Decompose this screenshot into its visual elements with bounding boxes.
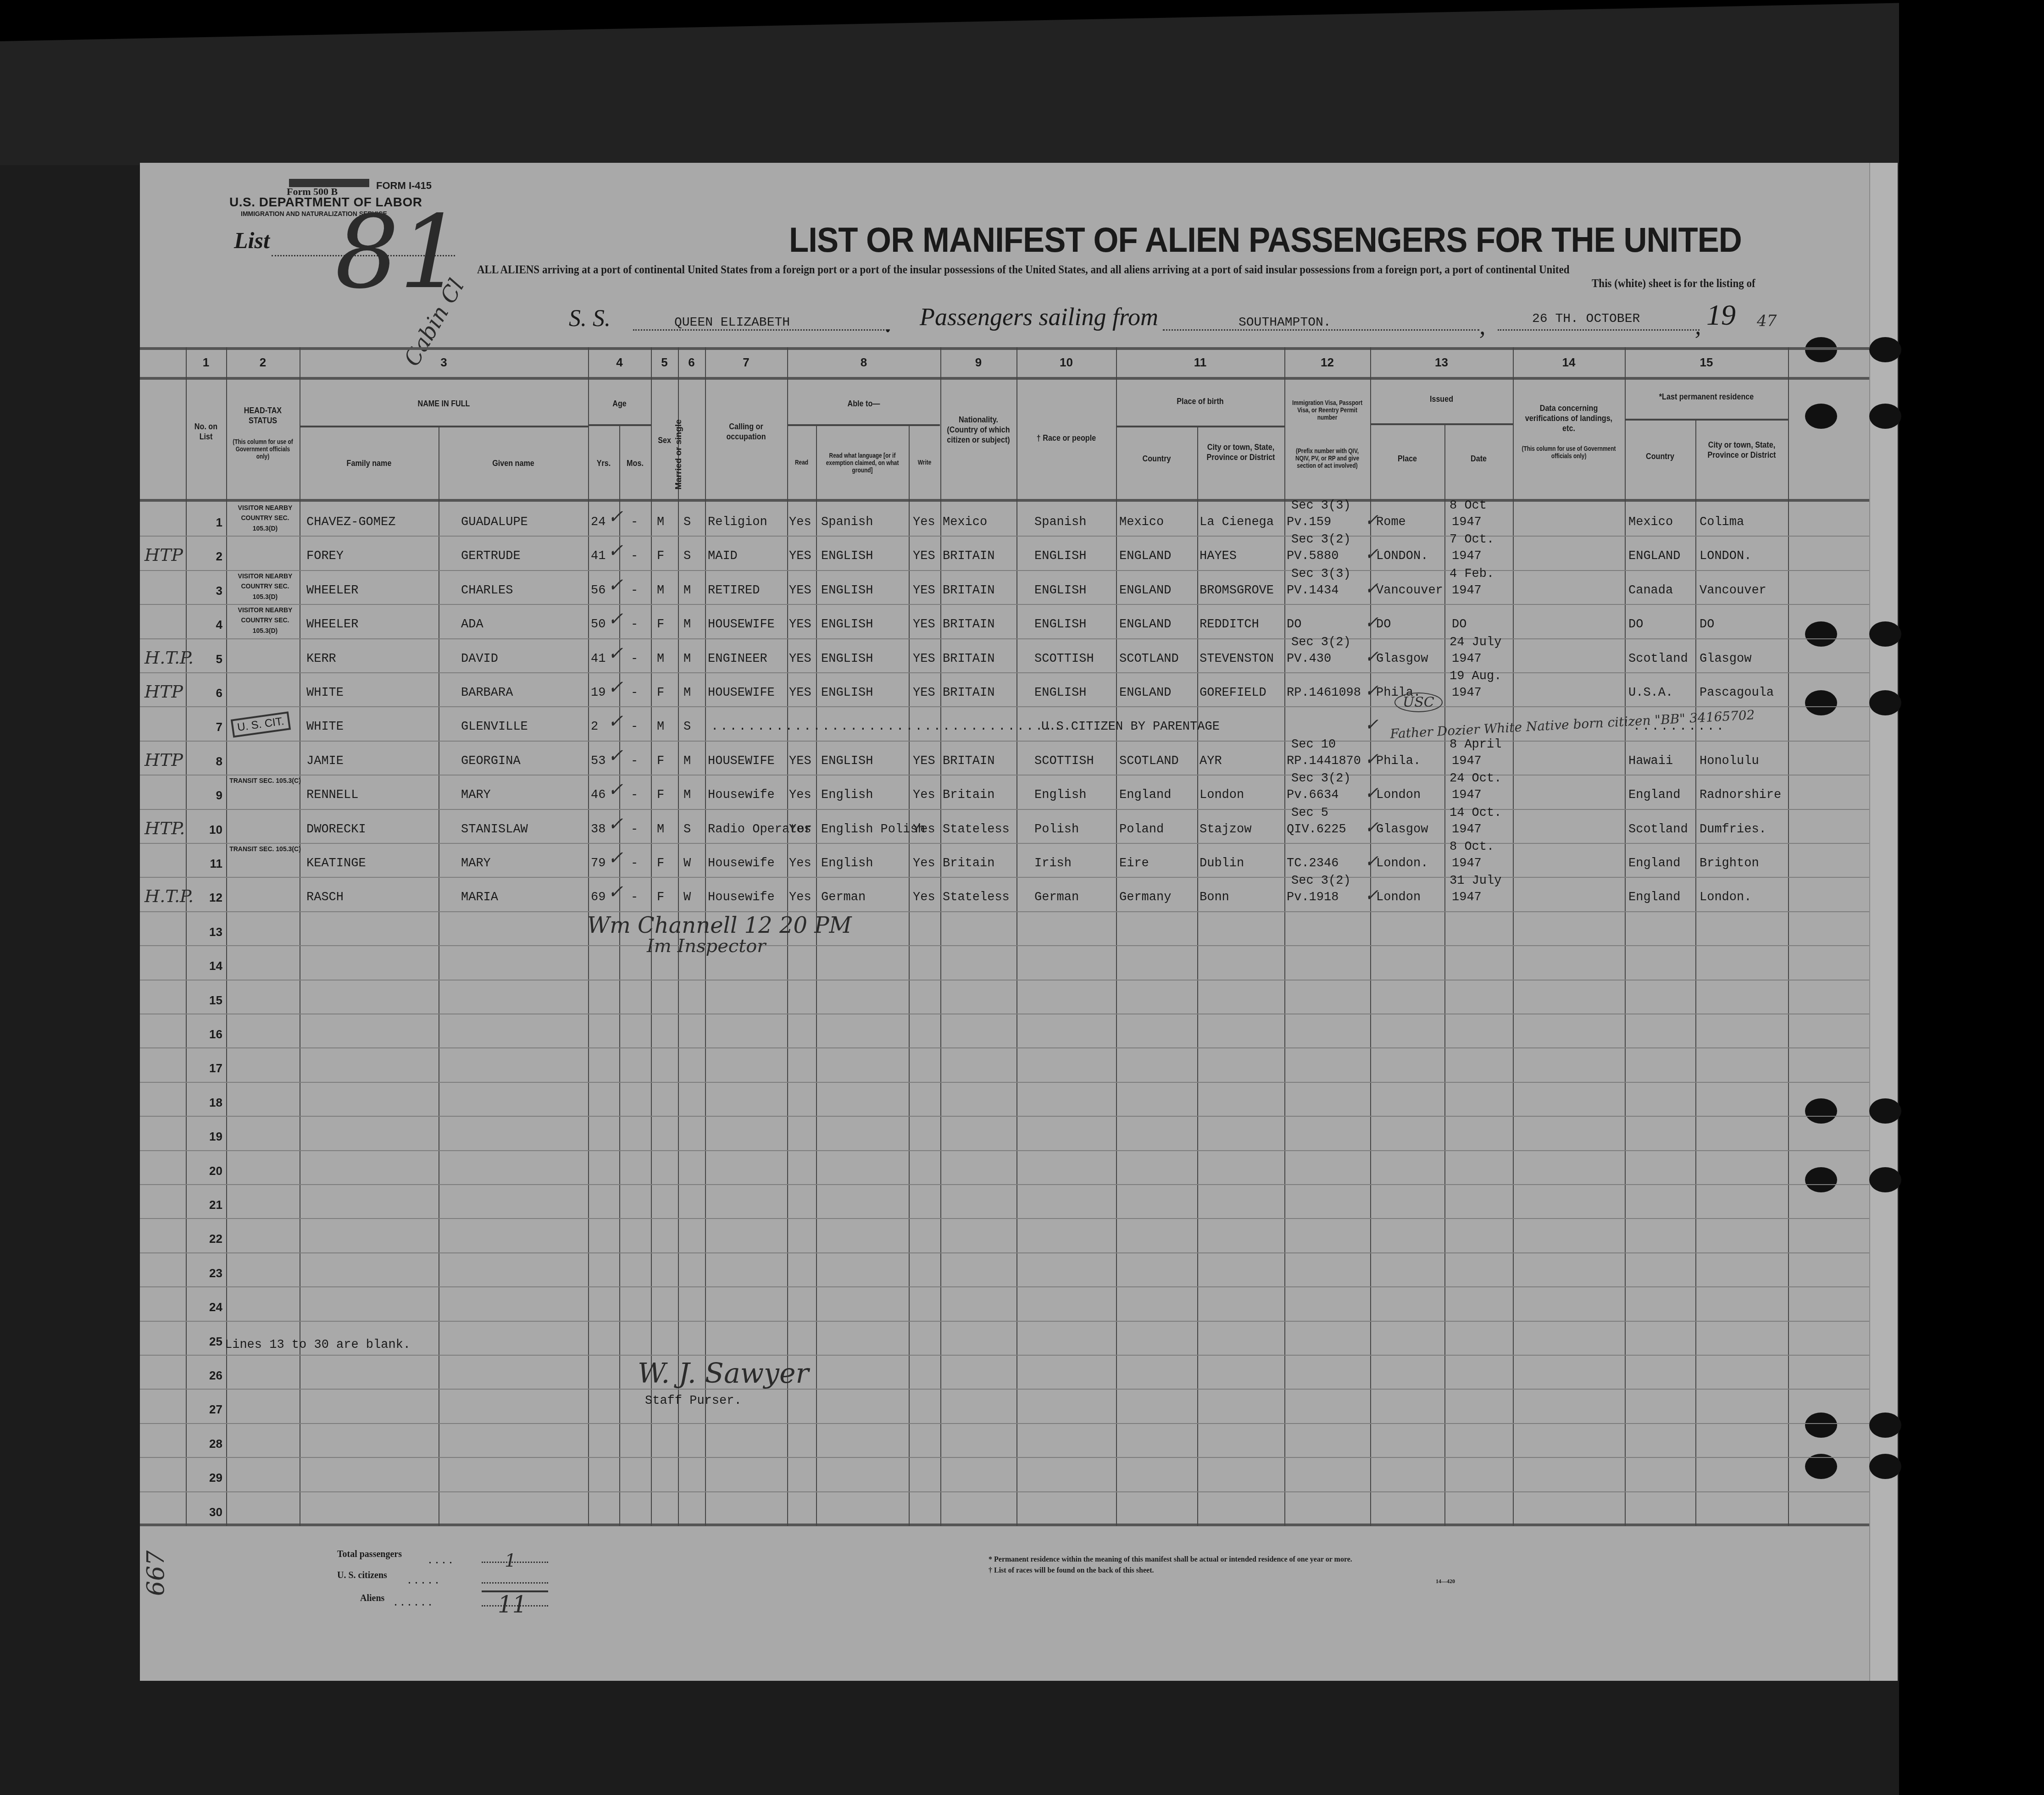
header-yrs: Yrs. (590, 459, 617, 469)
row-line (140, 1286, 1869, 1287)
usc-annotation: USC (1394, 693, 1443, 712)
row-line (140, 775, 1869, 776)
can-write: Yes (913, 823, 935, 837)
head-tax-stamp: VISITOR NEARBY COUNTRY SEC. 105.3(D) (228, 503, 302, 533)
comma: . (885, 310, 892, 338)
given-name: MARY (461, 857, 491, 870)
read-language: English (821, 857, 873, 870)
birth-city: Stajzow (1200, 823, 1251, 837)
table-header-rule (140, 499, 1869, 502)
residence-city: Honolulu (1700, 754, 1759, 768)
row-line (140, 604, 1869, 605)
family-name: RENNELL (306, 788, 358, 802)
inspector-title: Im Inspector (647, 936, 766, 957)
nationality: BRITAIN (943, 618, 994, 632)
birth-city: AYR (1200, 754, 1222, 768)
race: German (1034, 891, 1079, 904)
age-years: 19 (591, 686, 605, 700)
row-line (140, 706, 1869, 707)
visa-section: Sec 3(2) (1291, 874, 1351, 888)
age-months: - (631, 686, 638, 700)
sailing-port: SOUTHAMPTON. (1239, 316, 1331, 330)
nationality: Stateless (943, 891, 1010, 904)
date-line (1498, 329, 1700, 331)
margin-htp-note: H.T.P. (144, 648, 194, 668)
check-mark: ✓ (608, 643, 623, 664)
age-months: - (631, 891, 638, 904)
birth-city: BROMSGROVE (1200, 584, 1274, 598)
visa-section: Sec 5 (1291, 806, 1328, 820)
issued-place: Glasgow (1376, 823, 1428, 837)
header-married: Married or single (674, 416, 684, 493)
birth-country: SCOTLAND (1119, 754, 1179, 768)
row-line (140, 570, 1869, 571)
binding-hole (1869, 690, 1901, 715)
age-months: - (631, 618, 638, 632)
can-read: Yes (789, 823, 811, 837)
issued-day: 14 Oct. (1450, 806, 1501, 820)
row-number: 7 (186, 720, 222, 734)
birth-city: La Cienega (1200, 515, 1274, 529)
col-line (940, 347, 941, 1526)
family-name: WHEELER (306, 618, 358, 632)
row-number: 11 (186, 857, 222, 871)
residence-city: Vancouver (1700, 584, 1766, 598)
occupation: HOUSEWIFE (708, 618, 775, 632)
check-mark: ✓ (608, 745, 623, 766)
check-mark: ✓ (608, 711, 623, 732)
marital-status: M (683, 584, 691, 598)
visa-number: RP.1441870 (1287, 754, 1361, 768)
given-name: GLENVILLE (461, 720, 528, 734)
check-mark: ✓ (608, 881, 623, 903)
race: ENGLISH (1034, 618, 1086, 632)
check-mark: ✓ (608, 848, 623, 869)
visa-number: QIV.6225 (1287, 823, 1346, 837)
visa-section: Sec 3(2) (1291, 533, 1351, 547)
marital-status: M (683, 652, 691, 666)
header-race: † Race or people (1024, 433, 1108, 443)
nationality: BRITAIN (943, 754, 994, 768)
visa-number: DO (1287, 618, 1301, 632)
binding-hole (1805, 621, 1837, 647)
birth-country: Poland (1119, 823, 1164, 837)
colnum-15: 15 (1625, 355, 1788, 370)
header-verification-note: (This column for use of Government offic… (1521, 445, 1616, 460)
race: ENGLISH (1034, 686, 1086, 700)
age-months: - (631, 652, 638, 666)
binding-hole (1869, 404, 1901, 429)
purser-signature: W. J. Sawyer (638, 1357, 809, 1390)
ship-name: QUEEN ELIZABETH (674, 316, 790, 330)
visa-number: Pv.6634 (1287, 788, 1339, 802)
visa-number: RP.1461098 (1287, 686, 1361, 700)
residence-country: England (1628, 857, 1680, 870)
row-line (140, 1150, 1869, 1151)
check-mark: ✓ (608, 506, 623, 527)
issued-year: 1947 (1452, 515, 1482, 529)
birth-city: GOREFIELD (1200, 686, 1266, 700)
read-language: ENGLISH (821, 686, 873, 700)
row-line (140, 1491, 1869, 1492)
given-name: CHARLES (461, 584, 513, 598)
read-language: ENGLISH (821, 754, 873, 768)
check-mark: ✓ (1365, 648, 1378, 666)
issued-year: 1947 (1452, 549, 1482, 563)
row-line (140, 1423, 1869, 1424)
colnum-1: 1 (186, 355, 226, 370)
given-name: GERTRUDE (461, 549, 521, 563)
given-name: STANISLAW (461, 823, 528, 837)
read-language: German (821, 891, 866, 904)
race: SCOTTISH (1034, 652, 1094, 666)
age-months: - (631, 857, 638, 870)
residence-country: Scotland (1628, 823, 1688, 837)
margin-htp-note: HTP (144, 545, 183, 565)
colnum-14: 14 (1513, 355, 1625, 370)
read-language: English (821, 788, 873, 802)
visa-section: Sec 3(2) (1291, 636, 1351, 649)
col-line (1513, 347, 1514, 1526)
nationality: BRITAIN (943, 549, 994, 563)
check-mark: ✓ (1365, 511, 1378, 530)
age-years: 41 (591, 652, 605, 666)
col-line (1197, 426, 1198, 1526)
row-number: 20 (186, 1164, 222, 1178)
read-language: Spanish (821, 515, 873, 529)
check-mark: ✓ (608, 575, 623, 596)
check-mark: ✓ (1365, 750, 1378, 769)
form-code: 14—420 (1436, 1578, 1455, 1585)
issued-place: London (1376, 891, 1421, 904)
visa-number: Pv.159 (1287, 515, 1331, 529)
issued-day: 8 April (1450, 738, 1501, 752)
marital-status: S (683, 549, 691, 563)
row-number: 15 (186, 993, 222, 1008)
row-number: 2 (186, 549, 222, 564)
given-name: MARIA (461, 891, 498, 904)
family-name: WHITE (306, 720, 344, 734)
margin-htp-note: HTP (144, 681, 183, 702)
issued-year: 1947 (1452, 891, 1482, 904)
header-issued: Issued (1381, 394, 1502, 404)
nationality: Mexico (943, 515, 987, 529)
birth-city: STEVENSTON (1200, 652, 1274, 666)
birth-country: ENGLAND (1119, 686, 1171, 700)
visa-section: Sec 10 (1291, 738, 1336, 752)
row-line (140, 843, 1869, 844)
check-mark: ✓ (1365, 681, 1378, 700)
scan-right-border (1899, 0, 2044, 1795)
residence-country: Mexico (1628, 515, 1673, 529)
occupation: ENGINEER (708, 652, 767, 666)
name-subrule (300, 426, 589, 427)
occupation: HOUSEWIFE (708, 754, 775, 768)
dotted-leader: ...................................... (711, 720, 1063, 734)
row-line (140, 1457, 1869, 1458)
residence-country: Scotland (1628, 652, 1688, 666)
sex: F (657, 618, 664, 632)
colnum-8: 8 (787, 355, 940, 370)
can-write: Yes (913, 857, 935, 870)
can-read: YES (789, 754, 811, 768)
age-years: 24 (591, 515, 605, 529)
check-mark: ✓ (1365, 613, 1378, 632)
header-name-in-full: NAME IN FULL (321, 399, 567, 409)
marital-status: S (683, 720, 691, 734)
birth-country: England (1119, 788, 1171, 802)
issued-place: London. (1376, 857, 1428, 870)
race: Spanish (1034, 515, 1086, 529)
can-write: Yes (913, 891, 935, 904)
header-birth-country: Country (1122, 454, 1191, 464)
row-number: 21 (186, 1198, 222, 1212)
age-months: - (631, 515, 638, 529)
issued-day: 19 Aug. (1450, 670, 1501, 683)
colnum-11: 11 (1116, 355, 1284, 370)
header-given-name: Given name (450, 459, 577, 469)
binding-hole (1805, 1167, 1837, 1192)
col-line (1444, 423, 1445, 1526)
age-months: - (631, 754, 638, 768)
sex: F (657, 754, 664, 768)
issued-day: 8 Oct (1450, 499, 1487, 513)
header-occupation: Calling or occupation (711, 422, 781, 442)
subtitle-line-1: ALL ALIENS arriving at a port of contine… (477, 264, 1569, 277)
family-name: RASCH (306, 891, 344, 904)
birth-country: ENGLAND (1119, 549, 1171, 563)
sex: F (657, 686, 664, 700)
age-years: 79 (591, 857, 605, 870)
read-language: ENGLISH (821, 549, 873, 563)
occupation: HOUSEWIFE (708, 686, 775, 700)
can-read: Yes (789, 788, 811, 802)
birth-country: Mexico (1119, 515, 1164, 529)
binding-hole (1805, 404, 1837, 429)
can-read: YES (789, 584, 811, 598)
row-line (140, 1184, 1869, 1185)
col-line (1116, 347, 1117, 1526)
leader-dots: .... (429, 1556, 456, 1566)
sex: F (657, 549, 664, 563)
birth-country: SCOTLAND (1119, 652, 1179, 666)
header-birth-city: City or town, State, Province or Distric… (1204, 443, 1278, 463)
residence-country: Hawaii (1628, 754, 1673, 768)
us-citizen-by-parentage: U.S.CITIZEN BY PARENTAGE (1041, 720, 1220, 734)
can-write: YES (913, 754, 935, 768)
issued-day: 7 Oct. (1450, 533, 1494, 547)
row-number: 16 (186, 1027, 222, 1042)
issued-place: Phila. (1376, 754, 1421, 768)
family-name: WHITE (306, 686, 344, 700)
issued-year: 1947 (1452, 584, 1482, 598)
residence-country: U.S.A. (1628, 686, 1673, 700)
row-line (140, 1116, 1869, 1117)
residence-country: DO (1628, 618, 1643, 632)
age-months: - (631, 720, 638, 734)
birth-city: Bonn (1200, 891, 1229, 904)
residence-country: England (1628, 788, 1680, 802)
family-name: DWORECKI (306, 823, 366, 837)
colnum-2: 2 (226, 355, 300, 370)
issued-year: 1947 (1452, 754, 1482, 768)
check-mark: ✓ (608, 779, 623, 800)
header-write: Write (911, 459, 938, 466)
check-mark: ✓ (1365, 545, 1378, 564)
visa-section: Sec 3(3) (1291, 499, 1351, 513)
row-line (140, 877, 1869, 878)
nationality: BRITAIN (943, 652, 994, 666)
check-mark: ✓ (608, 814, 623, 835)
check-mark: ✓ (608, 540, 623, 561)
visa-section: Sec 3(2) (1291, 772, 1351, 786)
family-name: KERR (306, 652, 336, 666)
check-mark: ✓ (1365, 579, 1378, 598)
check-mark: ✓ (1365, 784, 1378, 803)
row-line (140, 741, 1869, 742)
sex: M (657, 515, 664, 529)
row-line (140, 911, 1869, 912)
row-number: 13 (186, 925, 222, 939)
marital-status: M (683, 686, 691, 700)
visa-number: PV.1434 (1287, 584, 1339, 598)
visa-number: PV.5880 (1287, 549, 1339, 563)
row-number: 23 (186, 1266, 222, 1280)
row-number: 27 (186, 1402, 222, 1417)
binding-hole (1805, 1413, 1837, 1438)
header-verification: Data concerning verifications of landing… (1521, 404, 1616, 434)
binding-hole (1869, 1413, 1901, 1438)
race: Irish (1034, 857, 1072, 870)
row-line (140, 1355, 1869, 1356)
can-write: Yes (913, 515, 935, 529)
check-mark: ✓ (608, 677, 623, 698)
can-read: YES (789, 618, 811, 632)
colnum-13: 13 (1370, 355, 1513, 370)
check-mark: ✓ (608, 609, 623, 630)
row-number: 6 (186, 686, 222, 700)
header-issued-place: Place (1376, 454, 1439, 464)
header-visa: Immigration Visa, Passport Visa, or Reen… (1291, 399, 1364, 421)
binding-hole (1869, 1167, 1901, 1192)
age-years: 2 (591, 720, 598, 734)
manifest-page (140, 163, 1869, 1681)
binding-hole (1805, 1098, 1837, 1124)
ship-label: S. S. (569, 305, 611, 332)
us-citizens-label: U. S. citizens (337, 1570, 387, 1581)
residence-subrule (1625, 419, 1788, 421)
us-citizens-line (482, 1582, 548, 1584)
age-months: - (631, 823, 638, 837)
age-months: - (631, 788, 638, 802)
sex: M (657, 584, 664, 598)
header-family-name: Family name (310, 459, 428, 469)
header-visa-note: (Prefix number with QIV, NQIV, PV, or RP… (1291, 447, 1364, 469)
race: ENGLISH (1034, 584, 1086, 598)
sex: M (657, 823, 664, 837)
residence-country: Canada (1628, 584, 1673, 598)
issued-year: 1947 (1452, 823, 1482, 837)
margin-htp-note: HTP (144, 750, 183, 770)
nationality: Stateless (943, 823, 1010, 837)
row-number: 3 (186, 584, 222, 598)
leader-dots: ..... (408, 1576, 443, 1586)
margin-htp-note: H.T.P. (144, 886, 194, 906)
sailing-date: 26 TH. OCTOBER (1532, 312, 1640, 326)
row-number: 19 (186, 1130, 222, 1144)
sex: F (657, 788, 664, 802)
total-passengers-label: Total passengers (337, 1549, 402, 1560)
check-mark: ✓ (1365, 818, 1378, 837)
occupation: Housewife (708, 788, 775, 802)
birth-subrule (1116, 426, 1284, 427)
given-name: GUADALUPE (461, 515, 528, 529)
issued-place: Rome (1376, 515, 1406, 529)
colnum-3: 3 (300, 355, 588, 370)
nationality: Britain (943, 857, 994, 870)
row-number: 4 (186, 618, 222, 632)
header-no-on-list: No. on List (189, 422, 223, 442)
visa-number: PV.430 (1287, 652, 1331, 666)
read-language: ENGLISH (821, 652, 873, 666)
comma: , (1695, 312, 1701, 340)
header-res-city: City or town, State, Province or Distric… (1702, 440, 1781, 460)
check-mark: ✓ (1365, 886, 1378, 905)
colnum-5: 5 (651, 355, 678, 370)
race: ENGLISH (1034, 549, 1086, 563)
race: Polish (1034, 823, 1079, 837)
issued-day: 31 July (1450, 874, 1501, 888)
purser-title: Staff Purser. (645, 1394, 742, 1408)
residence-city: Pascagoula (1700, 686, 1774, 700)
occupation: MAID (708, 549, 738, 563)
row-number: 14 (186, 959, 222, 973)
row-line (140, 1252, 1869, 1253)
binding-hole (1869, 337, 1901, 362)
able-subrule (787, 424, 940, 426)
age-years: 46 (591, 788, 605, 802)
age-months: - (631, 584, 638, 598)
header-sex: Sex (653, 436, 676, 446)
col-line (816, 426, 817, 1526)
family-name: KEATINGE (306, 857, 366, 870)
subtitle-line-2: This (white) sheet is for the listing of (1592, 277, 1755, 290)
header-head-tax: HEAD-TAX STATUS (232, 406, 294, 426)
col-line (1788, 347, 1789, 1526)
visa-section: Sec 3(3) (1291, 567, 1351, 581)
row-number: 1 (186, 515, 222, 530)
head-tax-stamp: VISITOR NEARBY COUNTRY SEC. 105.3(D) (228, 605, 302, 636)
row-line (140, 945, 1869, 946)
family-name: FOREY (306, 549, 344, 563)
birth-country: Eire (1119, 857, 1149, 870)
issued-place: Glasgow (1376, 652, 1428, 666)
can-write: YES (913, 549, 935, 563)
issued-year: 1947 (1452, 857, 1482, 870)
header-age: Age (593, 399, 646, 409)
age-years: 50 (591, 618, 605, 632)
header-mos: Mos. (622, 459, 649, 469)
head-tax-stamp: TRANSIT SEC. 105.3(C) (228, 844, 302, 854)
birth-country: ENGLAND (1119, 584, 1171, 598)
sex: F (657, 857, 664, 870)
birth-city: HAYES (1200, 549, 1237, 563)
row-number: 26 (186, 1368, 222, 1383)
sex: M (657, 720, 664, 734)
issued-day: 24 July (1450, 636, 1501, 649)
occupation: Religion (708, 515, 767, 529)
leader-dots: ...... (394, 1598, 436, 1608)
